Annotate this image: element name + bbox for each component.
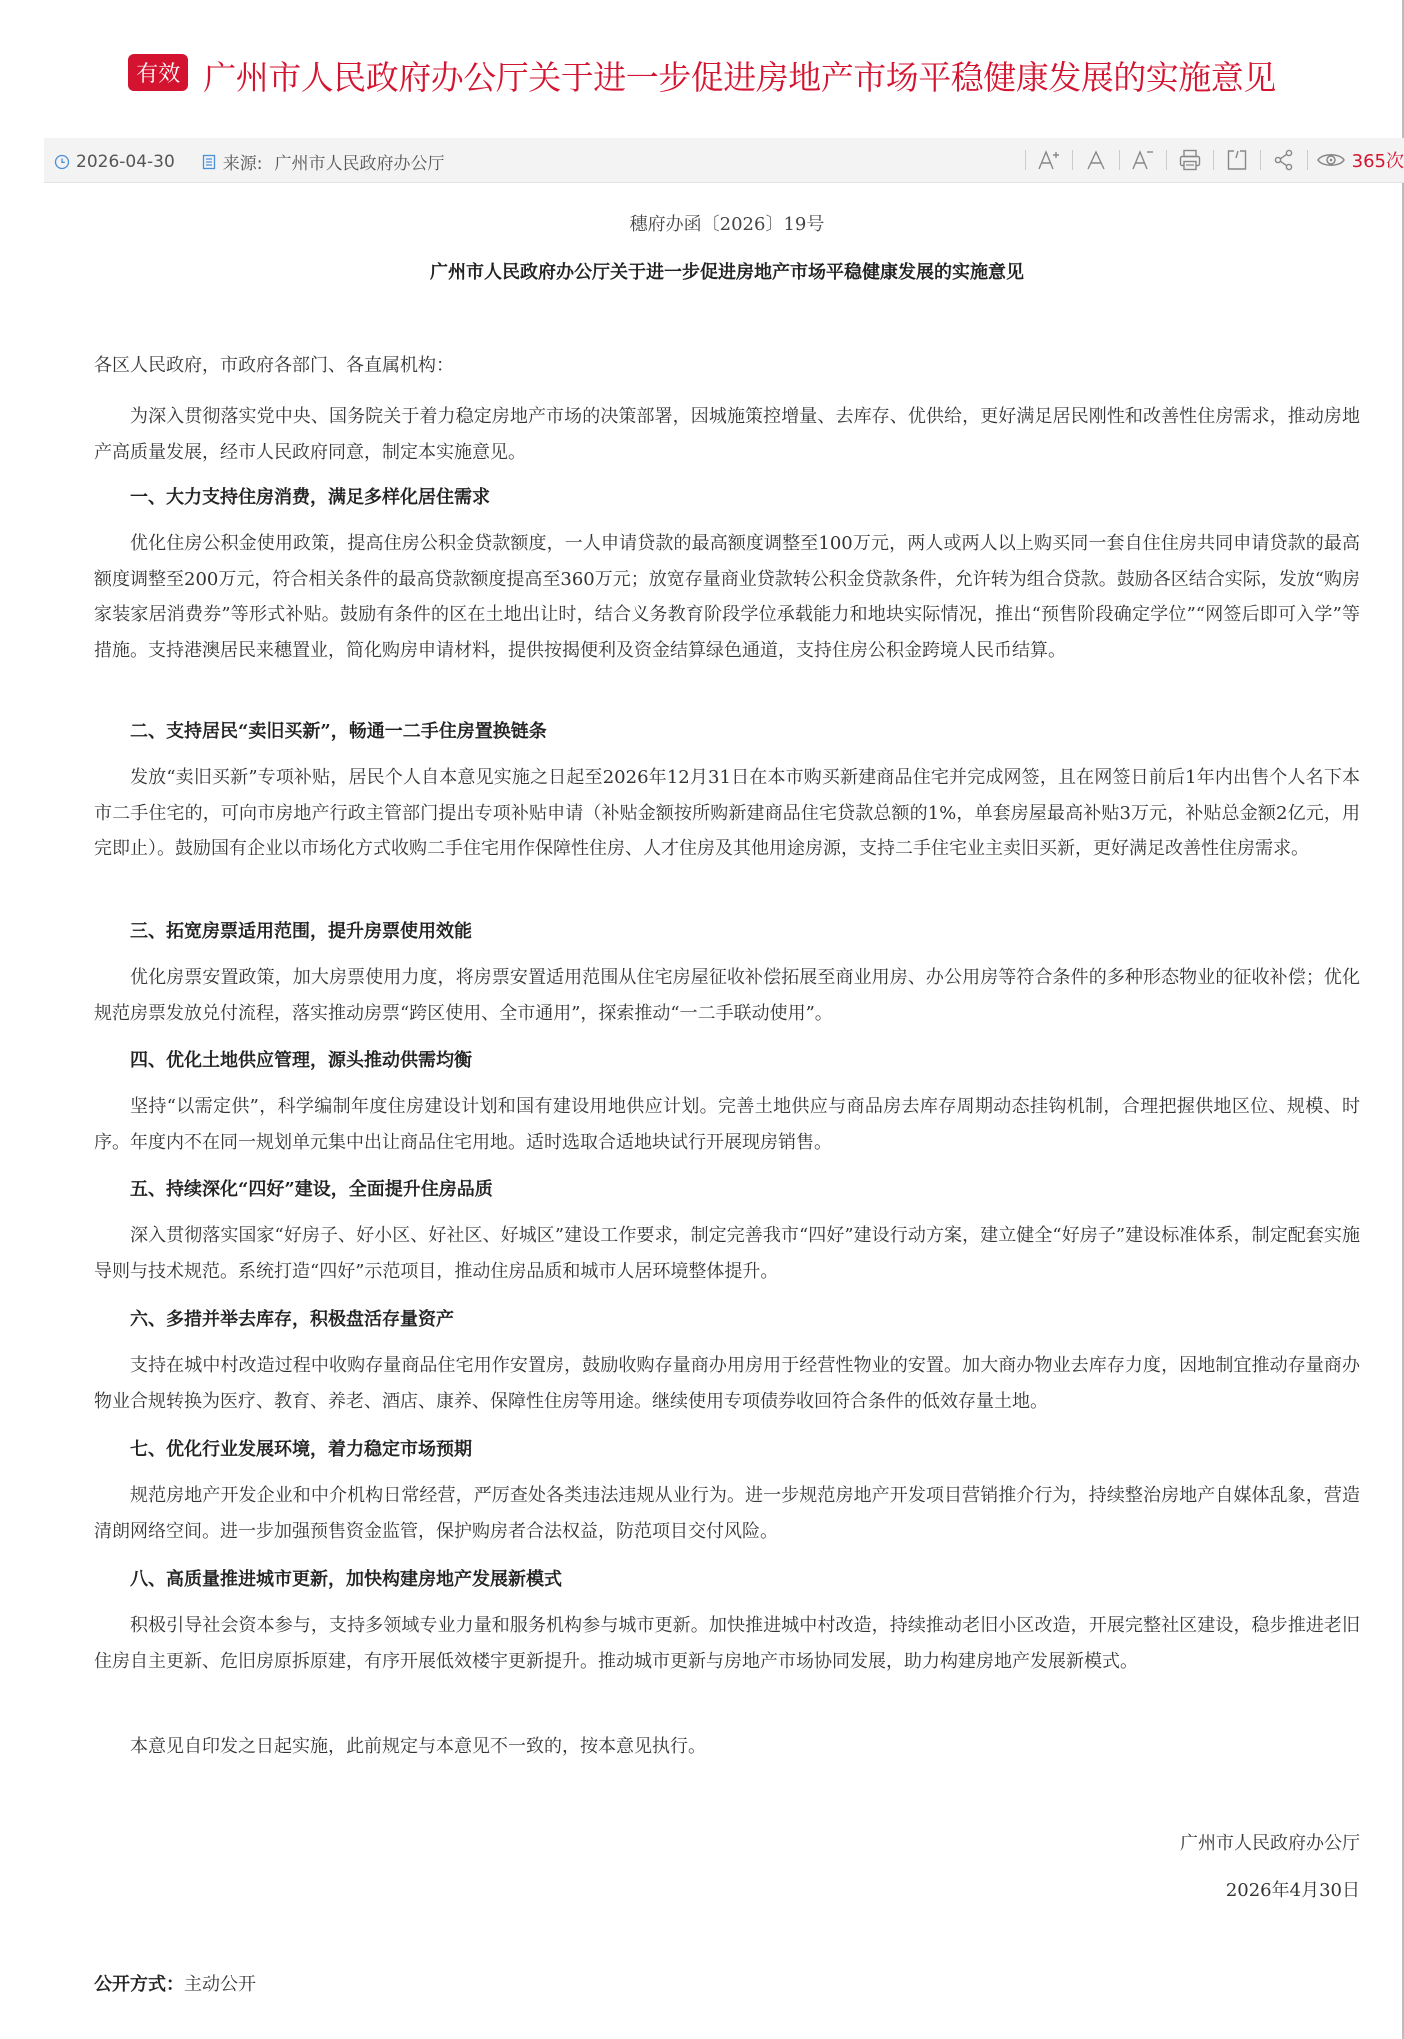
share-button[interactable] <box>1263 144 1305 176</box>
publish-date: 2026-04-30 <box>54 152 175 172</box>
meta-bar: 2026-04-30 来源: 广州市人民政府办公厅 <box>44 138 1404 183</box>
section-body-2: 发放“卖旧买新”专项补贴，居民个人自本意见实施之日起至2026年12月31日在本… <box>94 760 1360 867</box>
export-icon <box>1225 148 1249 172</box>
section-heading-7: 七、优化行业发展环境，着力稳定市场预期 <box>130 1435 472 1461</box>
closing-paragraph: 本意见自印发之日起实施，此前规定与本意见不一致的，按本意见执行。 <box>94 1729 1360 1765</box>
print-button[interactable] <box>1169 144 1211 176</box>
publish-label: 公开方式： <box>94 1974 184 1995</box>
source-value: 广州市人民政府办公厅 <box>275 149 445 174</box>
views-count: 365次 <box>1352 147 1404 173</box>
font-increase-icon <box>1036 148 1062 172</box>
share-icon <box>1272 148 1296 172</box>
section-body-1: 优化住房公积金使用政策，提高住房公积金贷款额度，一人申请贷款的最高额度调整至10… <box>94 526 1360 668</box>
font-normal-icon <box>1085 148 1107 172</box>
document-number: 穗府办函〔2026〕19号 <box>0 210 1404 236</box>
sign-date: 2026年4月30日 <box>1226 1876 1360 1902</box>
section-heading-4: 四、优化土地供应管理，源头推动供需均衡 <box>130 1046 472 1072</box>
export-button[interactable] <box>1216 144 1258 176</box>
eye-icon <box>1316 150 1346 170</box>
section-body-7: 规范房地产开发企业和中介机构日常经营，严厉查处各类违法违规从业行为。进一步规范房… <box>94 1478 1360 1549</box>
document-icon <box>201 154 217 170</box>
section-heading-2: 二、支持居民“卖旧买新”，畅通一二手住房置换链条 <box>130 717 547 743</box>
intro-paragraph: 为深入贯彻落实党中央、国务院关于着力稳定房地产市场的决策部署，因城施策控增量、去… <box>94 399 1360 470</box>
divider <box>1307 150 1308 170</box>
divider <box>1025 150 1026 170</box>
addressee: 各区人民政府，市政府各部门、各直属机构： <box>94 351 454 377</box>
publish-method: 公开方式：主动公开 <box>94 1970 256 1996</box>
page-title: 广州市人民政府办公厅关于进一步促进房地产市场平稳健康发展的实施意见 <box>203 52 1276 99</box>
section-heading-5: 五、持续深化“四好”建设，全面提升住房品质 <box>130 1175 493 1201</box>
section-body-5: 深入贯彻落实国家“好房子、好小区、好社区、好城区”建设工作要求，制定完善我市“四… <box>94 1218 1360 1289</box>
divider <box>1072 150 1073 170</box>
section-heading-1: 一、大力支持住房消费，满足多样化居住需求 <box>130 483 490 509</box>
section-heading-6: 六、多措并举去库存，积极盘活存量资产 <box>130 1305 454 1331</box>
divider <box>1260 150 1261 170</box>
section-body-4: 坚持“以需定供”，科学编制年度住房建设计划和国有建设用地供应计划。完善土地供应与… <box>94 1089 1360 1160</box>
section-body-6: 支持在城中村改造过程中收购存量商品住宅用作安置房，鼓励收购存量商办用房用于经营性… <box>94 1348 1360 1419</box>
section-body-3: 优化房票安置政策，加大房票使用力度，将房票安置适用范围从住宅房屋征收补偿拓展至商… <box>94 960 1360 1031</box>
divider <box>1213 150 1214 170</box>
page-header: 有效 广州市人民政府办公厅关于进一步促进房地产市场平稳健康发展的实施意见 <box>0 52 1404 99</box>
signature: 广州市人民政府办公厅 <box>1180 1829 1360 1855</box>
font-decrease-icon <box>1130 148 1156 172</box>
view-count: 365次 <box>1316 147 1404 173</box>
clock-icon <box>54 154 70 170</box>
font-normal-button[interactable] <box>1075 144 1117 176</box>
status-badge: 有效 <box>128 54 188 91</box>
divider <box>1166 150 1167 170</box>
divider <box>1119 150 1120 170</box>
font-decrease-button[interactable] <box>1122 144 1164 176</box>
date-text: 2026-04-30 <box>76 152 175 172</box>
source-info: 来源: 广州市人民政府办公厅 <box>201 149 445 174</box>
document-title: 广州市人民政府办公厅关于进一步促进房地产市场平稳健康发展的实施意见 <box>0 258 1404 284</box>
section-heading-3: 三、拓宽房票适用范围，提升房票使用效能 <box>130 917 472 943</box>
source-label: 来源: <box>223 149 263 174</box>
section-body-8: 积极引导社会资本参与，支持多领域专业力量和服务机构参与城市更新。加快推进城中村改… <box>94 1608 1360 1679</box>
publish-value: 主动公开 <box>184 1974 256 1995</box>
section-heading-8: 八、高质量推进城市更新，加快构建房地产发展新模式 <box>130 1565 562 1591</box>
print-icon <box>1178 148 1202 172</box>
font-increase-button[interactable] <box>1028 144 1070 176</box>
